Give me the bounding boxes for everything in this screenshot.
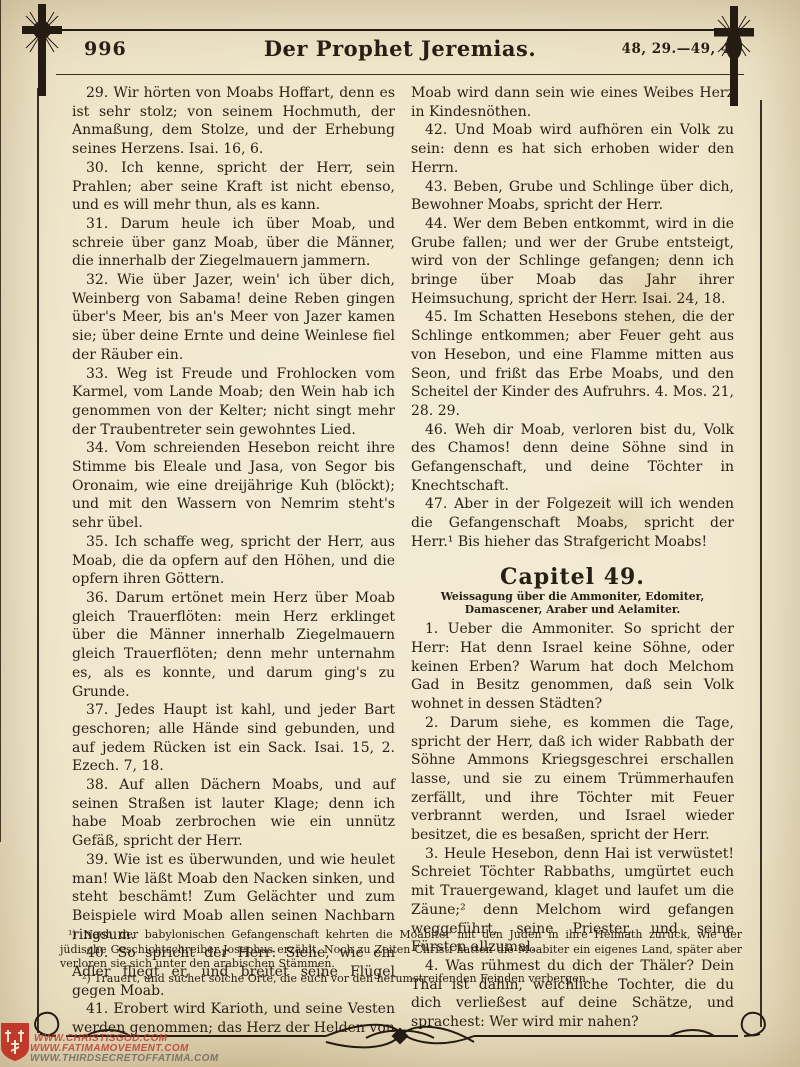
- verse-number: 42.: [425, 122, 455, 138]
- verse-number: 30.: [86, 160, 121, 176]
- verse-number: 39.: [86, 852, 114, 868]
- verse-paragraph: 46. Weh dir Moab, verloren bist du, Volk…: [411, 421, 734, 496]
- verse-number: 43.: [425, 179, 453, 195]
- verse-41-continuation: Moab wird dann sein wie eines Weibes Her…: [411, 84, 734, 121]
- right-border-rule: [760, 100, 762, 1027]
- shield-logo-icon: [0, 1022, 30, 1066]
- verse-paragraph: 35. Ich schaffe weg, spricht der Herr, a…: [72, 533, 395, 589]
- verse-number: 47.: [425, 496, 454, 512]
- footnote-paragraph: ¹) Nach der babylonischen Gefangenschaft…: [60, 928, 742, 972]
- chapter-subtitle: Weissagung über die Ammoniter, Edomiter,…: [425, 590, 720, 616]
- verse-number: 35.: [86, 534, 115, 550]
- verse-paragraph: 30. Ich kenne, spricht der Herr, sein Pr…: [72, 159, 395, 215]
- verse-range: 48, 29.—49, 4.: [622, 41, 736, 57]
- verse-paragraph: 33. Weg ist Freude und Frohlocken vom Ka…: [72, 365, 395, 440]
- verse-number: 34.: [86, 440, 116, 456]
- verse-paragraph: 1. Ueber die Ammoniter. So spricht der H…: [411, 620, 734, 714]
- verse-number: 33.: [86, 366, 117, 382]
- left-text-column: 29. Wir hörten von Moabs Hoffart, denn e…: [72, 84, 395, 1038]
- footnote-marker: ¹): [68, 928, 83, 941]
- verse-paragraph: 34. Vom schreienden Hesebon reicht ihre …: [72, 439, 395, 533]
- left-border-rule: [37, 88, 39, 1033]
- verse-number: 32.: [86, 272, 117, 288]
- verse-paragraph: 32. Wie über Jazer, wein' ich über dich,…: [72, 271, 395, 365]
- right-text-column: Moab wird dann sein wie eines Weibes Her…: [411, 84, 734, 1032]
- footnotes-block: ¹) Nach der babylonischen Gefangenschaft…: [60, 928, 742, 986]
- page-header: 996 Der Prophet Jeremias. 48, 29.—49, 4.: [56, 36, 744, 70]
- footnote-paragraph: ²) Trauert, und suchet solche Orte, die …: [60, 972, 742, 987]
- chapter-heading: Capitel 49.: [411, 568, 734, 587]
- verse-paragraph: 45. Im Schatten Hesebons stehen, die der…: [411, 308, 734, 420]
- verse-paragraph: 31. Darum heule ich über Moab, und schre…: [72, 215, 395, 271]
- verse-paragraph: 42. Und Moab wird aufhören ein Volk zu s…: [411, 121, 734, 177]
- verse-number: 36.: [86, 590, 116, 606]
- verse-number: 31.: [86, 216, 120, 232]
- verse-number: 1.: [425, 621, 448, 637]
- column-divider-rule: [0, 0, 1, 842]
- verse-paragraph: 43. Beben, Grube und Schlinge über dich,…: [411, 178, 734, 215]
- verse-number: 29.: [86, 85, 113, 101]
- verse-paragraph: 29. Wir hörten von Moabs Hoffart, denn e…: [72, 84, 395, 159]
- verses-42-47: 42. Und Moab wird aufhören ein Volk zu s…: [411, 121, 734, 551]
- verse-number: 3.: [425, 846, 444, 862]
- footnote-marker: ²): [82, 972, 94, 985]
- verse-number: 46.: [425, 422, 455, 438]
- top-rule: [56, 29, 738, 31]
- verse-number: 38.: [86, 777, 119, 793]
- watermark-url-3: WWW.THIRDSECRETOFFATIMA.COM: [30, 1053, 219, 1064]
- verse-paragraph: 37. Jedes Haupt ist kahl, und jeder Bart…: [72, 701, 395, 776]
- verse-paragraph: 38. Auf allen Dächern Moabs, und auf sei…: [72, 776, 395, 851]
- header-underline-rule: [56, 74, 744, 75]
- verse-number: 45.: [425, 309, 454, 325]
- verse-number: 2.: [425, 715, 450, 731]
- verse-number: 44.: [425, 216, 453, 232]
- verse-paragraph: 2. Darum siehe, es kommen die Tage, spri…: [411, 714, 734, 845]
- verse-continuation: Moab wird dann sein wie eines Weibes Her…: [411, 84, 734, 121]
- verse-paragraph: 47. Aber in der Folgezeit will ich wende…: [411, 495, 734, 551]
- verse-number: 41.: [86, 1001, 113, 1017]
- verse-number: 37.: [86, 702, 117, 718]
- verse-paragraph: 36. Darum ertönet mein Herz über Moab gl…: [72, 589, 395, 701]
- verse-paragraph: 44. Wer dem Beben entkommt, wird in die …: [411, 215, 734, 309]
